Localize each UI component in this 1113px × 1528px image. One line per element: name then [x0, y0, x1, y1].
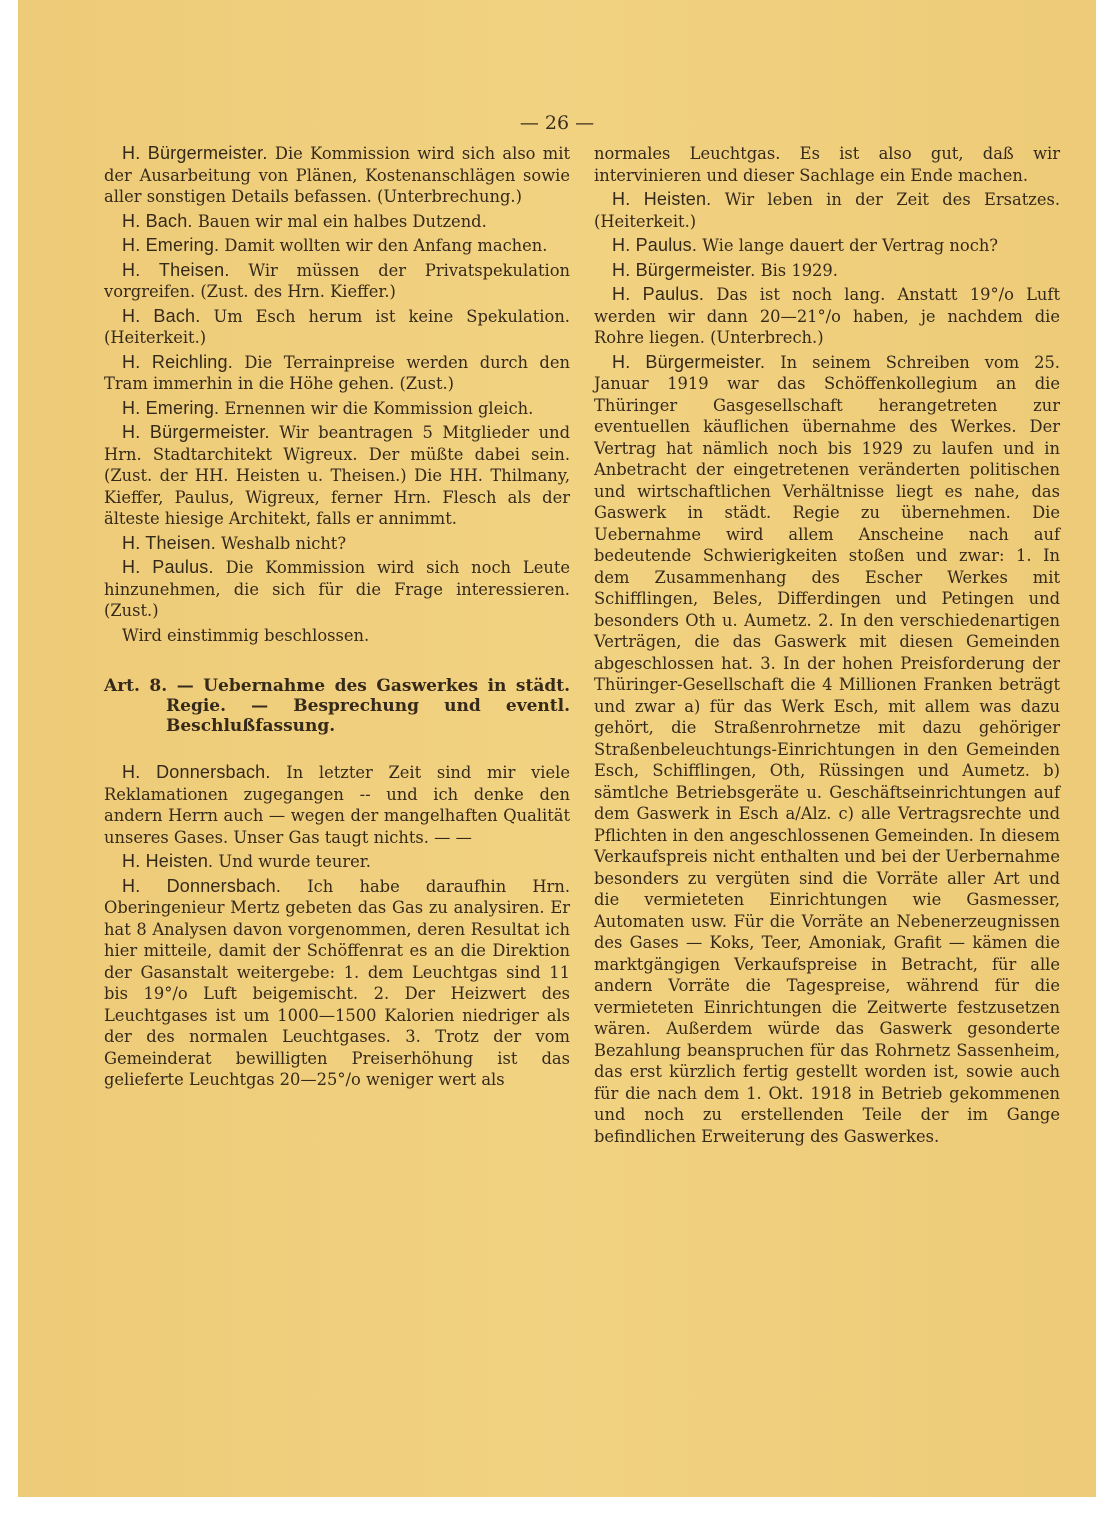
- speaker-name: H. Bach.: [122, 306, 200, 326]
- paragraph-text: Ernennen wir die Kommission gleich.: [224, 399, 533, 418]
- paragraph: H. Paulus. Das ist noch lang. Anstatt 19…: [594, 284, 1060, 349]
- speaker-name: H. Donnersbach.: [122, 762, 271, 782]
- speaker-name: H. Donnersbach.: [122, 876, 281, 896]
- section-heading: Art. 8. — Uebernahme des Gaswerkes in st…: [104, 676, 570, 736]
- paragraph: H. Theisen. Weshalb nicht?: [104, 533, 570, 555]
- speaker-name: H. Emering.: [122, 235, 219, 255]
- paragraph: H. Emering. Damit wollten wir den Anfang…: [104, 235, 570, 257]
- paragraph: H. Paulus. Die Kommission wird sich noch…: [104, 557, 570, 622]
- speaker-name: H. Theisen.: [122, 533, 216, 553]
- speaker-name: H. Reichling.: [122, 352, 233, 372]
- right-column: normales Leuchtgas. Es ist also gut, daß…: [594, 143, 1060, 1150]
- paragraph: H. Bach. Bauen wir mal ein halbes Dutzen…: [104, 211, 570, 233]
- paragraph-text: Wird einstimmig beschlossen.: [122, 626, 369, 645]
- left-column: H. Bürgermeister. Die Kommission wird si…: [104, 143, 570, 1094]
- paragraph: H. Bach. Um Esch herum ist keine Spekula…: [104, 306, 570, 349]
- speaker-name: H. Heisten.: [122, 851, 213, 871]
- paragraph: H. Bürgermeister. Bis 1929.: [594, 260, 1060, 282]
- paragraph: H. Reichling. Die Terrainpreise werden d…: [104, 352, 570, 395]
- paragraph-text: Und wurde teurer.: [218, 852, 371, 871]
- speaker-name: H. Bach.: [122, 211, 193, 231]
- paragraph-text: Bauen wir mal ein halbes Dutzend.: [198, 212, 487, 231]
- paragraph: H. Donnersbach. Ich habe daraufhin Hrn. …: [104, 876, 570, 1091]
- speaker-name: H. Bürgermeister.: [612, 260, 755, 280]
- speaker-name: H. Heisten.: [612, 189, 711, 209]
- paragraph-text: Damit wollten wir den Anfang machen.: [224, 236, 547, 255]
- speaker-name: H. Theisen.: [122, 260, 230, 280]
- speaker-name: H. Bürgermeister.: [612, 352, 765, 372]
- speaker-name: H. Paulus.: [122, 557, 214, 577]
- continued-paragraph: normales Leuchtgas. Es ist also gut, daß…: [594, 143, 1060, 186]
- paragraph-text: Weshalb nicht?: [221, 534, 346, 553]
- paragraph-text: Bis 1929.: [761, 261, 838, 280]
- paragraph-text: Ich habe daraufhin Hrn. Oberingenieur Me…: [104, 877, 570, 1090]
- paragraph: H. Bürgermeister. Wir beantragen 5 Mitgl…: [104, 422, 570, 530]
- paragraph: H. Bürgermeister. In seinem Schreiben vo…: [594, 352, 1060, 1148]
- paragraph: H. Emering. Ernennen wir die Kommission …: [104, 398, 570, 420]
- document-page: — 26 — H. Bürgermeister. Die Kommission …: [18, 0, 1096, 1497]
- speaker-name: H. Paulus.: [612, 284, 704, 304]
- paragraph: H. Heisten. Wir leben in der Zeit des Er…: [594, 189, 1060, 232]
- resolution-note: Wird einstimmig beschlossen.: [104, 625, 570, 647]
- paragraph-text: Wie lange dauert der Vertrag noch?: [702, 236, 998, 255]
- paragraph-text: normales Leuchtgas. Es ist also gut, daß…: [594, 144, 1060, 185]
- speaker-name: H. Bürgermeister.: [122, 143, 268, 163]
- paragraph: H. Heisten. Und wurde teurer.: [104, 851, 570, 873]
- speaker-name: H. Emering.: [122, 398, 219, 418]
- paragraph: H. Theisen. Wir müssen der Privatspekula…: [104, 260, 570, 303]
- speaker-name: H. Paulus.: [612, 235, 697, 255]
- paragraph: H. Paulus. Wie lange dauert der Vertrag …: [594, 235, 1060, 257]
- paragraph-text: In seinem Schreiben vom 25. Januar 1919 …: [594, 353, 1060, 1146]
- paragraph: H. Bürgermeister. Die Kommission wird si…: [104, 143, 570, 208]
- paragraph: H. Donnersbach. In letzter Zeit sind mir…: [104, 762, 570, 848]
- speaker-name: H. Bürgermeister.: [122, 422, 270, 442]
- page-number: — 26 —: [18, 112, 1096, 134]
